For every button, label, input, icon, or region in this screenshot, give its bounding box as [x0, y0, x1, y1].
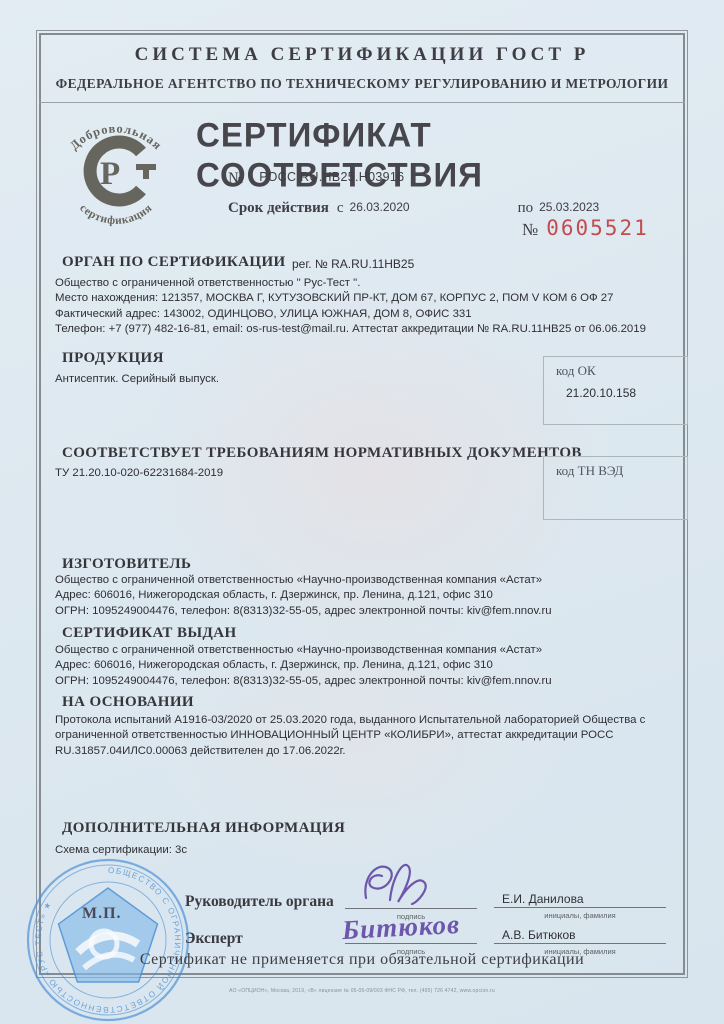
section-product-heading: ПРОДУКЦИЯ — [62, 350, 164, 367]
section-issued-heading: СЕРТИФИКАТ ВЫДАН — [62, 625, 237, 642]
issued-lines: Общество с ограниченной ответственностью… — [55, 643, 669, 689]
blank-number: 0605521 — [546, 216, 649, 240]
section-basis-heading: НА ОСНОВАНИИ — [62, 694, 194, 711]
code-tnved-box: код ТН ВЭД — [543, 456, 688, 520]
validity-to-date: 25.03.2023 — [539, 200, 599, 214]
validity-from-date: 26.03.2020 — [350, 200, 410, 214]
section-additional-heading: ДОПОЛНИТЕЛЬНАЯ ИНФОРМАЦИЯ — [62, 820, 345, 837]
manufacturer-line: Общество с ограниченной ответственностью… — [55, 573, 669, 588]
certification-body-lines: Общество с ограниченной ответственностью… — [55, 276, 669, 338]
rst-voluntary-certification-logo: Добровольная сертификация Р — [44, 108, 186, 230]
code-tnved-label: код ТН ВЭД — [544, 457, 687, 479]
product-text: Антисептик. Серийный выпуск. — [55, 372, 525, 387]
section-manufacturer-heading: ИЗГОТОВИТЕЛЬ — [62, 556, 191, 573]
validity-row: Срок действияс26.03.2020по25.03.2023 — [228, 199, 599, 217]
issued-line: ОГРН: 1095249004476, телефон: 8(8313)32-… — [55, 674, 669, 689]
company-round-stamp: ОБЩЕСТВО С ОГРАНИЧЕННОЙ ОТВЕТСТВЕННОСТЬЮ… — [20, 852, 196, 1024]
manufacturer-line: ОГРН: 1095249004476, телефон: 8(8313)32-… — [55, 604, 669, 619]
stamp-place-label: М.П. — [82, 905, 122, 923]
logo-t-stem — [143, 164, 149, 179]
conformity-text: ТУ 21.20.10-020-62231684-2019 — [55, 466, 525, 481]
agency-title: ФЕДЕРАЛЬНОЕ АГЕНТСТВО ПО ТЕХНИЧЕСКОМУ РЕ… — [36, 76, 688, 92]
basis-text: Протокола испытаний А1916-03/2020 от 25.… — [55, 713, 683, 759]
head-role-label: Руководитель органа — [185, 893, 334, 911]
head-name-line — [494, 897, 666, 908]
expert-role-label: Эксперт — [185, 930, 243, 948]
head-name-caption: инициалы, фамилия — [494, 911, 666, 920]
code-ok-label: код ОК — [544, 357, 687, 379]
manufacturer-lines: Общество с ограниченной ответственностью… — [55, 573, 669, 619]
system-title: СИСТЕМА СЕРТИФИКАЦИИ ГОСТ Р — [36, 44, 688, 66]
validity-label: Срок действия — [228, 200, 329, 216]
issued-line: Общество с ограниченной ответственностью… — [55, 643, 669, 658]
blank-number-row: №0605521 — [522, 216, 649, 240]
head-signature-line — [345, 898, 477, 909]
validity-to-label: по — [518, 200, 534, 216]
certification-body-line: Общество с ограниченной ответственностью… — [55, 276, 669, 291]
blank-number-sign: № — [522, 220, 538, 239]
certificate-number-row: №РОСС.RU.НВ25.Н03916 — [228, 170, 404, 188]
header-divider — [39, 102, 685, 103]
code-ok-value: 21.20.10.158 — [544, 379, 687, 400]
expert-name-line — [494, 933, 666, 944]
logo-p-letter: Р — [100, 156, 120, 192]
validity-from-label: с — [337, 200, 344, 216]
number-sign: № — [228, 170, 243, 187]
certification-body-line: Телефон: +7 (977) 482-16-81, email: os-r… — [55, 322, 669, 337]
certificate-number: РОСС.RU.НВ25.Н03916 — [259, 170, 404, 184]
code-ok-box: код ОК 21.20.10.158 — [543, 356, 688, 425]
manufacturer-line: Адрес: 606016, Нижегородская область, г.… — [55, 588, 669, 603]
expert-signature-line — [345, 933, 477, 944]
issued-line: Адрес: 606016, Нижегородская область, г.… — [55, 658, 669, 673]
print-house-info: АО «ОПЦИОН», Москва, 2019, «В» лицензия … — [0, 988, 724, 994]
certification-body-line: Фактический адрес: 143002, ОДИНЦОВО, УЛИ… — [55, 307, 669, 322]
section-conformity-heading: СООТВЕТСТВУЕТ ТРЕБОВАНИЯМ НОРМАТИВНЫХ ДО… — [62, 445, 582, 462]
certification-body-reg-no: рег. № RA.RU.11НВ25 — [292, 257, 414, 271]
section-certification-body-heading: ОРГАН ПО СЕРТИФИКАЦИИ — [62, 254, 286, 271]
certificate-page: { "header": { "line1": "СИСТЕМА СЕРТИФИК… — [0, 0, 724, 1024]
mandatory-certification-note: Сертификат не применяется при обязательн… — [36, 951, 688, 969]
certification-body-line: Место нахождения: 121357, МОСКВА Г, КУТУ… — [55, 291, 669, 306]
